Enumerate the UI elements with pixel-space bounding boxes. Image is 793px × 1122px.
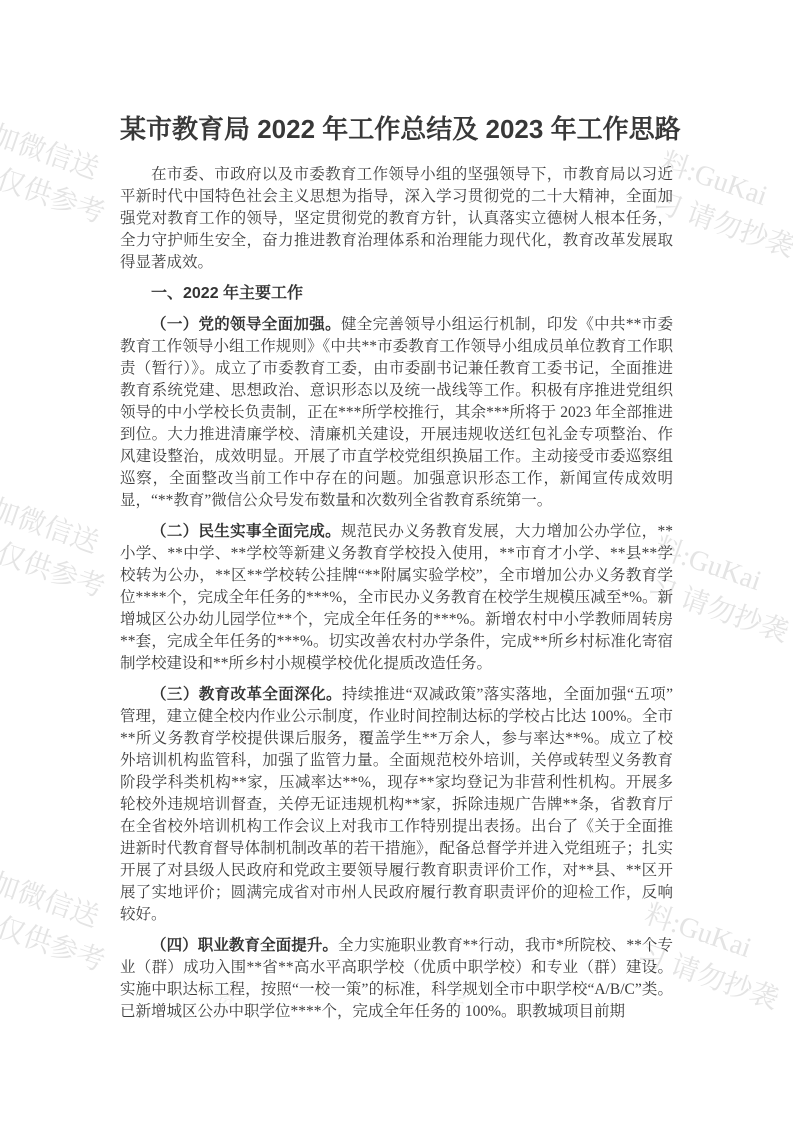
watermark-text: 加微信送 [0,494,103,560]
watermark-tile-left-1: 加微信送 仅供参考 [0,116,123,235]
section-heading: 一、2022 年主要工作 [120,283,673,305]
watermark-text: 仅供参考 [0,534,110,608]
watermark-tile-left-3: 加微信送 仅供参考 [0,864,123,983]
paragraph-1-body: 健全完善领导小组运行机制，印发《中共**市委教育工作领导小组工作规则》《中共**… [120,316,673,509]
watermark-text: 仅供参考 [0,908,110,982]
paragraph-4: （四）职业教育全面提升。全力实施职业教育**行动，我市*所院校、**个专业（群）… [120,935,673,1023]
watermark-text: 料:GuKai [657,147,772,212]
paragraph-3-lead: （三）教育改革全面深化。 [151,686,342,703]
document-page: 加微信送 仅供参考 加微信送 仅供参考 加微信送 仅供参考 料:GuKai 习 … [0,0,793,1122]
paragraph-1-lead: （一）党的领导全面加强。 [151,316,341,333]
paragraph-4-lead: （四）职业教育全面提升。 [151,937,338,954]
watermark-text: 加微信送 [0,868,103,934]
paragraph-2-lead: （二）民生实事全面完成。 [151,523,341,540]
paragraph-3-body: 持续推进“双减政策”落实落地，全面加强“五项”管理，建立健全校内作业公示制度，作… [120,686,673,923]
document-title: 某市教育局 2022 年工作总结及 2023 年工作思路 [120,110,673,148]
document-body: 某市教育局 2022 年工作总结及 2023 年工作思路 在市委、市政府以及市委… [120,110,673,1032]
watermark-text: 加微信送 [0,120,103,186]
intro-paragraph: 在市委、市政府以及市委教育工作领导小组的坚强领导下，市教育局以习近平新时代中国特… [120,164,673,274]
watermark-text: 仅供参考 [0,160,110,234]
paragraph-2: （二）民生实事全面完成。规范民办义务教育发展，大力增加公办学位，**小学、**中… [120,521,673,675]
paragraph-3: （三）教育改革全面深化。持续推进“双减政策”落实落地，全面加强“五项”管理，建立… [120,684,673,926]
paragraph-1: （一）党的领导全面加强。健全完善领导小组运行机制，印发《中共**市委教育工作领导… [120,314,673,512]
watermark-tile-left-2: 加微信送 仅供参考 [0,490,123,609]
paragraph-2-body: 规范民办义务教育发展，大力增加公办学位，**小学、**中学、**学校等新建义务教… [120,523,673,672]
